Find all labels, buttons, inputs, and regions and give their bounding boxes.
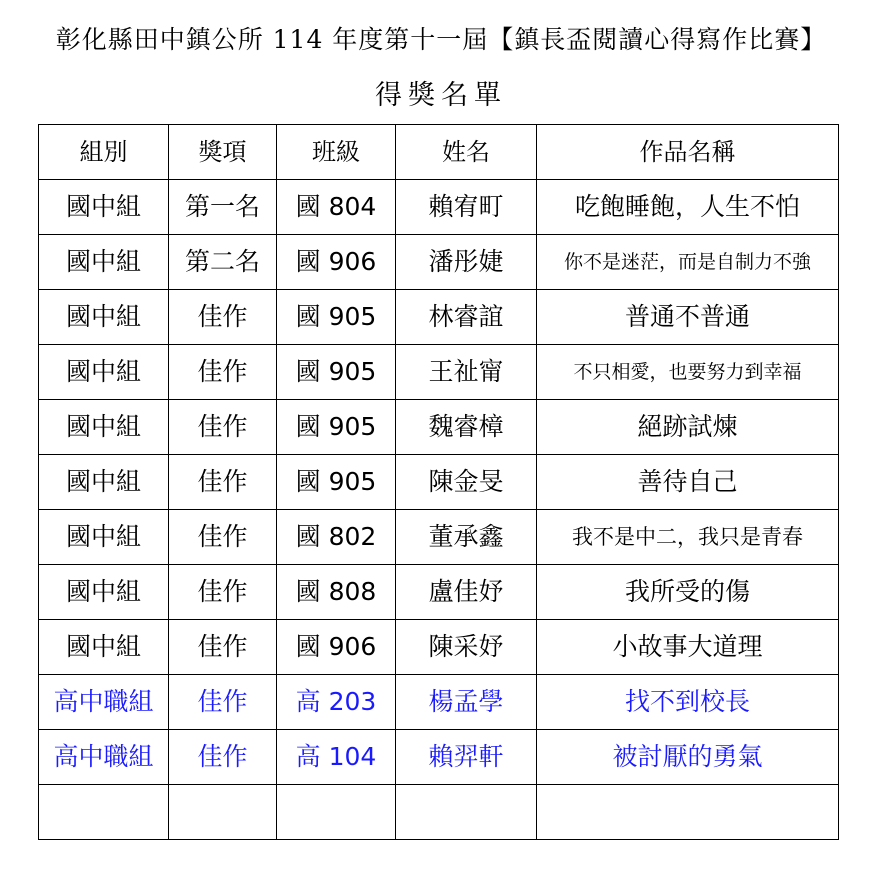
- table-row-empty: [39, 785, 839, 840]
- table-row: 國中組 第一名 國 804 賴宥町 吃飽睡飽，人生不怕: [39, 180, 839, 235]
- cell-award: 佳作: [169, 455, 277, 510]
- table-row: 國中組 佳作 國 905 魏睿樟 絕跡試煉: [39, 400, 839, 455]
- header-name: 姓名: [396, 125, 537, 180]
- cell-work-title: 我所受的傷: [537, 565, 839, 620]
- table-row: 國中組 佳作 國 905 王祉甯 不只相愛，也要努力到幸福: [39, 345, 839, 400]
- header-award: 獎項: [169, 125, 277, 180]
- cell-award: 佳作: [169, 730, 277, 785]
- cell-award: 佳作: [169, 290, 277, 345]
- cell-work-title: 我不是中二，我只是青春: [537, 510, 839, 565]
- cell-name: 潘彤婕: [396, 235, 537, 290]
- cell-group: 國中組: [39, 565, 169, 620]
- cell-class: 高 203: [277, 675, 396, 730]
- cell-award: 第二名: [169, 235, 277, 290]
- cell-work-title: [537, 785, 839, 840]
- cell-work-title: 不只相愛，也要努力到幸福: [537, 345, 839, 400]
- table-row: 國中組 佳作 國 906 陳采妤 小故事大道理: [39, 620, 839, 675]
- header-group: 組別: [39, 125, 169, 180]
- cell-class: [277, 785, 396, 840]
- document-subtitle: 得獎名單: [0, 76, 882, 116]
- table-row: 國中組 第二名 國 906 潘彤婕 你不是迷茫，而是自制力不強: [39, 235, 839, 290]
- cell-work-title: 你不是迷茫，而是自制力不強: [537, 235, 839, 290]
- cell-group: [39, 785, 169, 840]
- cell-name: 陳金旻: [396, 455, 537, 510]
- cell-class: 國 905: [277, 455, 396, 510]
- cell-award: 佳作: [169, 400, 277, 455]
- cell-award: 佳作: [169, 345, 277, 400]
- cell-class: 國 808: [277, 565, 396, 620]
- cell-class: 國 905: [277, 290, 396, 345]
- cell-award: 佳作: [169, 510, 277, 565]
- cell-name: 董承鑫: [396, 510, 537, 565]
- cell-group: 國中組: [39, 510, 169, 565]
- cell-work-title: 小故事大道理: [537, 620, 839, 675]
- header-work-title: 作品名稱: [537, 125, 839, 180]
- cell-name: 盧佳妤: [396, 565, 537, 620]
- cell-work-title: 善待自己: [537, 455, 839, 510]
- cell-name: 賴羿軒: [396, 730, 537, 785]
- cell-award: 第一名: [169, 180, 277, 235]
- cell-class: 國 905: [277, 345, 396, 400]
- cell-name: 魏睿樟: [396, 400, 537, 455]
- cell-class: 國 804: [277, 180, 396, 235]
- cell-name: 賴宥町: [396, 180, 537, 235]
- cell-class: 國 906: [277, 620, 396, 675]
- cell-work-title: 絕跡試煉: [537, 400, 839, 455]
- table-row: 國中組 佳作 國 808 盧佳妤 我所受的傷: [39, 565, 839, 620]
- cell-work-title: 吃飽睡飽，人生不怕: [537, 180, 839, 235]
- cell-class: 國 906: [277, 235, 396, 290]
- cell-name: [396, 785, 537, 840]
- cell-name: 王祉甯: [396, 345, 537, 400]
- header-class: 班級: [277, 125, 396, 180]
- table-row: 國中組 佳作 國 802 董承鑫 我不是中二，我只是青春: [39, 510, 839, 565]
- cell-award: [169, 785, 277, 840]
- cell-group: 國中組: [39, 180, 169, 235]
- cell-group: 國中組: [39, 235, 169, 290]
- table-row-highschool: 高中職組 佳作 高 203 楊孟學 找不到校長: [39, 675, 839, 730]
- cell-class: 高 104: [277, 730, 396, 785]
- cell-award: 佳作: [169, 565, 277, 620]
- cell-group: 國中組: [39, 455, 169, 510]
- document-title: 彰化縣田中鎮公所 114 年度第十一屆【鎮長盃閱讀心得寫作比賽】: [0, 22, 882, 58]
- awards-table: 組別 獎項 班級 姓名 作品名稱 國中組 第一名 國 804 賴宥町 吃飽睡飽，…: [38, 124, 839, 840]
- cell-work-title: 普通不普通: [537, 290, 839, 345]
- cell-name: 林睿誼: [396, 290, 537, 345]
- table-row: 國中組 佳作 國 905 陳金旻 善待自己: [39, 455, 839, 510]
- cell-group: 國中組: [39, 290, 169, 345]
- cell-name: 陳采妤: [396, 620, 537, 675]
- cell-name: 楊孟學: [396, 675, 537, 730]
- cell-group: 國中組: [39, 400, 169, 455]
- cell-group: 高中職組: [39, 675, 169, 730]
- table-row: 國中組 佳作 國 905 林睿誼 普通不普通: [39, 290, 839, 345]
- table-header-row: 組別 獎項 班級 姓名 作品名稱: [39, 125, 839, 180]
- cell-award: 佳作: [169, 620, 277, 675]
- cell-group: 國中組: [39, 345, 169, 400]
- cell-class: 國 905: [277, 400, 396, 455]
- cell-work-title: 找不到校長: [537, 675, 839, 730]
- table-row-highschool: 高中職組 佳作 高 104 賴羿軒 被討厭的勇氣: [39, 730, 839, 785]
- cell-award: 佳作: [169, 675, 277, 730]
- cell-class: 國 802: [277, 510, 396, 565]
- cell-group: 高中職組: [39, 730, 169, 785]
- cell-group: 國中組: [39, 620, 169, 675]
- cell-work-title: 被討厭的勇氣: [537, 730, 839, 785]
